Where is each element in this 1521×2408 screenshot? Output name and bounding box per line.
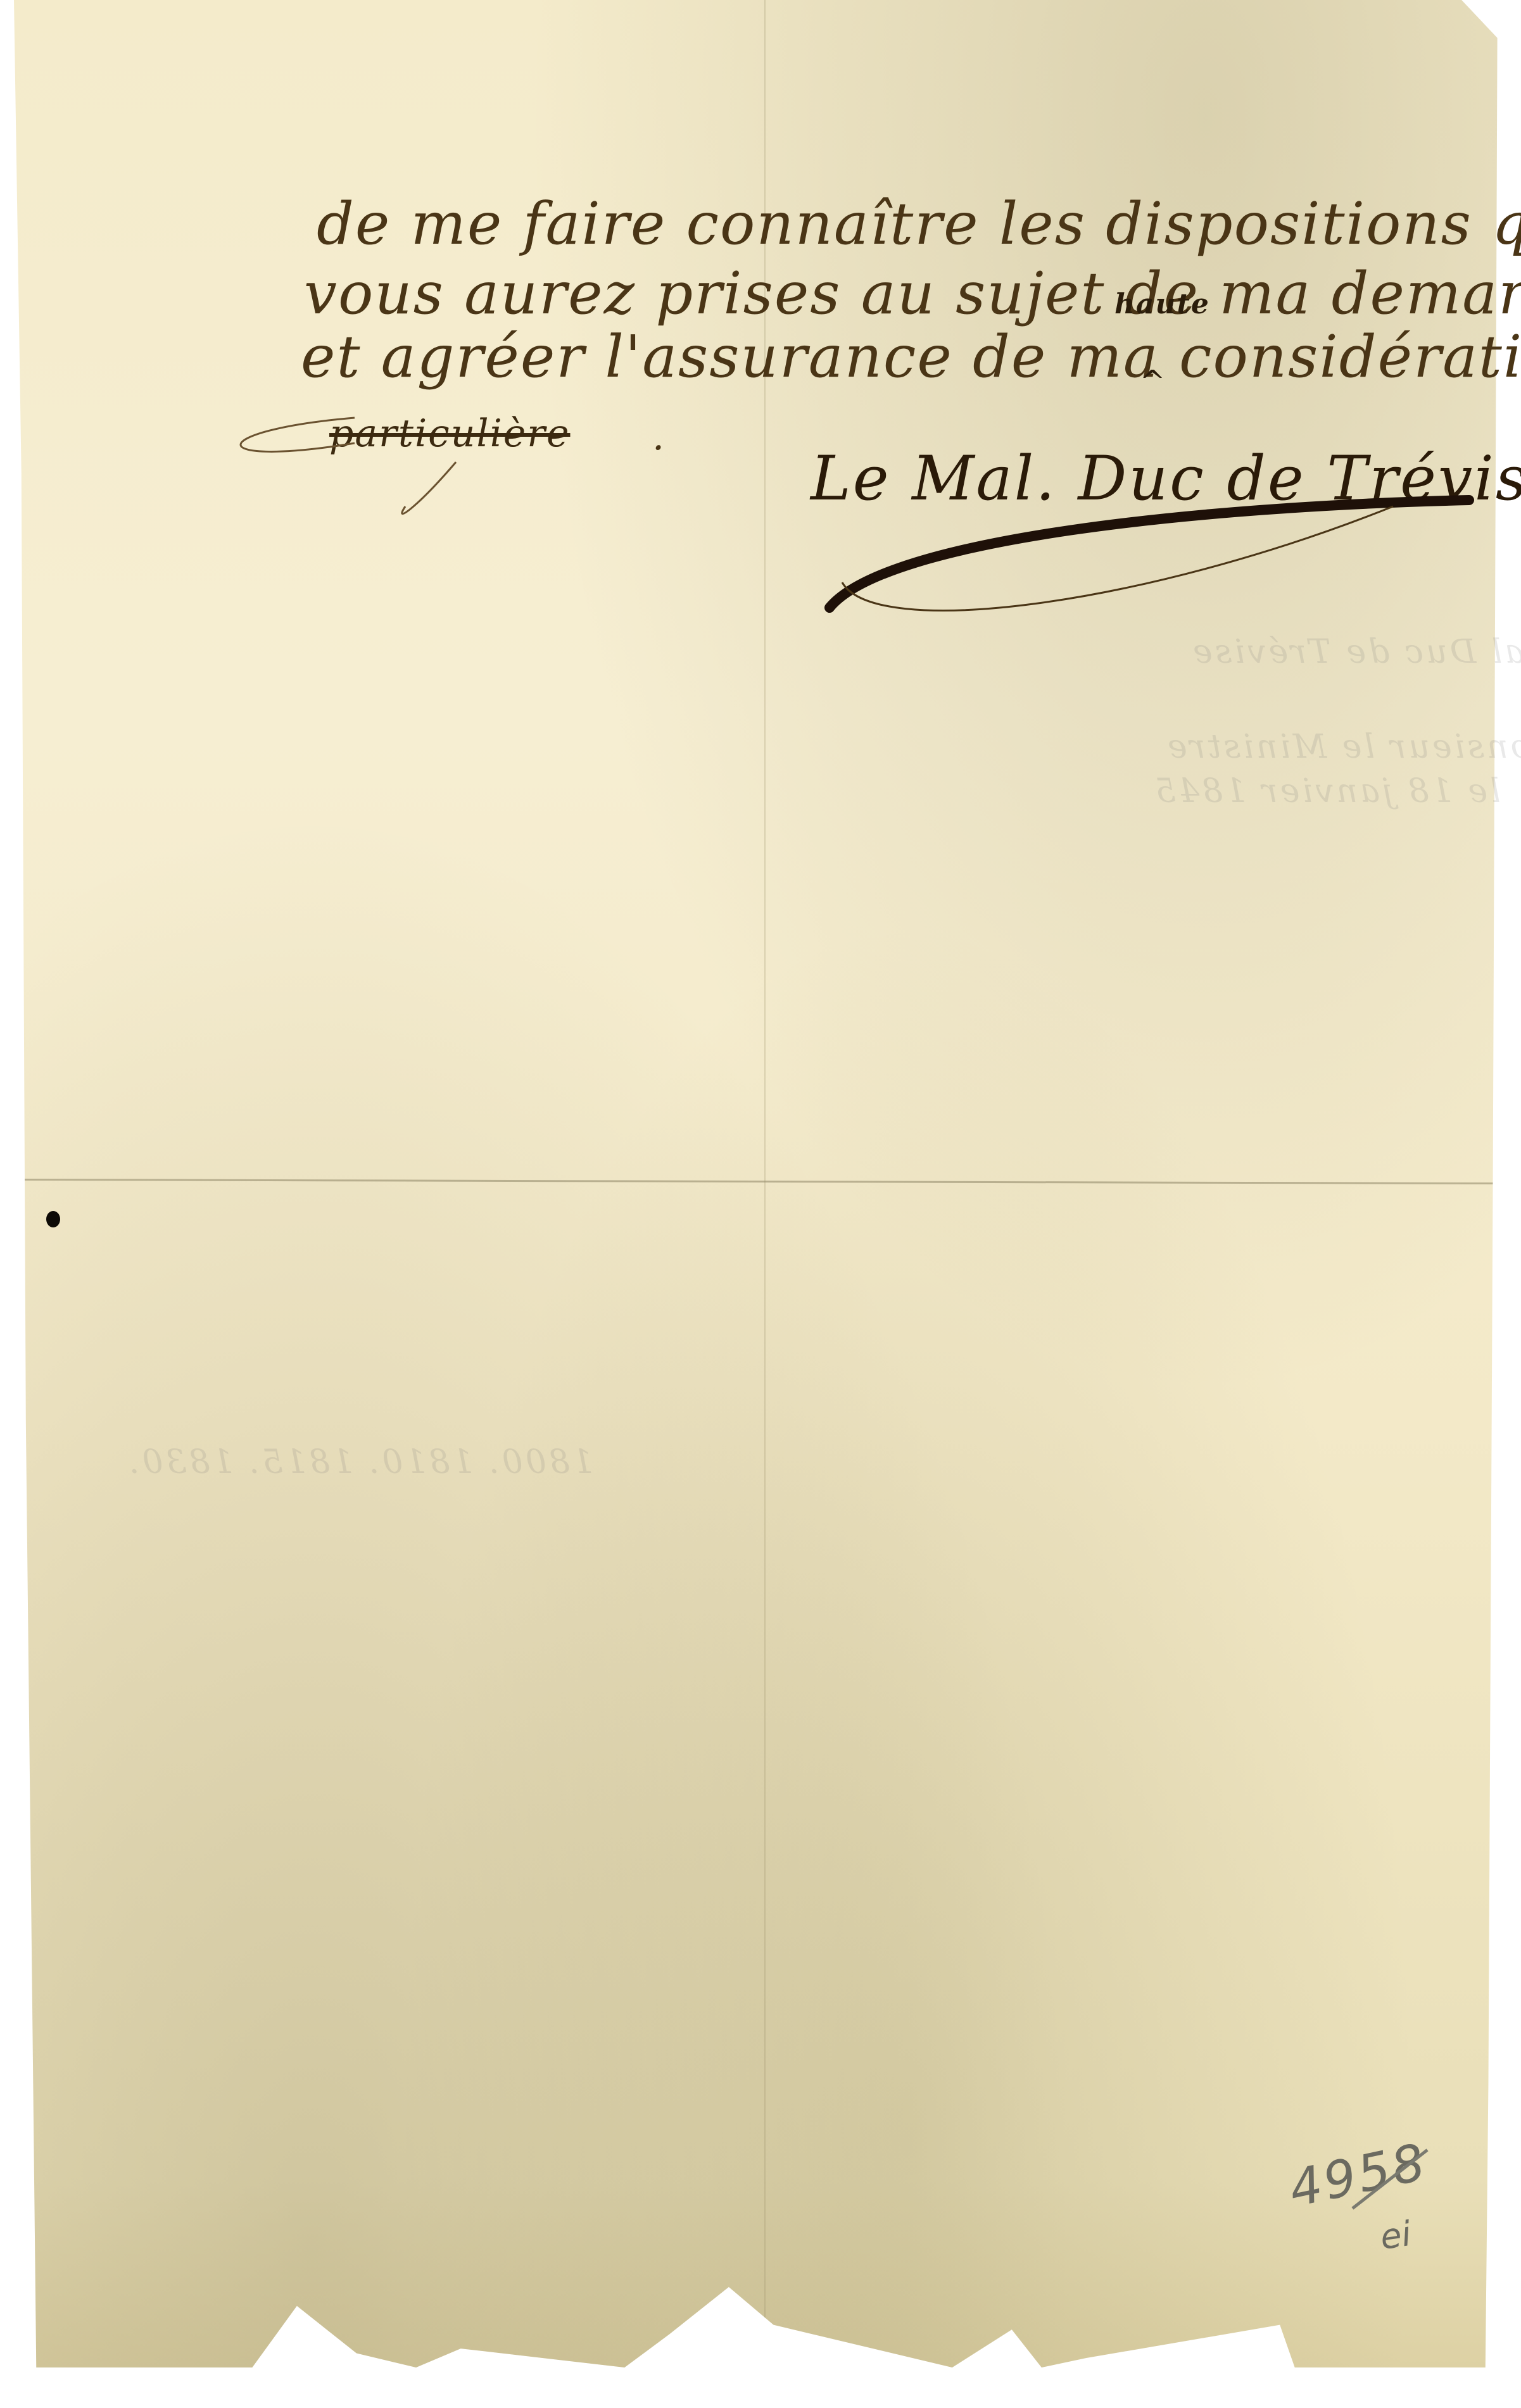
deletion-loop bbox=[241, 418, 355, 451]
signature-paraph-stroke bbox=[830, 500, 1469, 608]
pen-flourishes bbox=[0, 0, 1521, 2408]
ink-blot bbox=[46, 1211, 60, 1227]
archive-subscript-annotation: ei bbox=[1378, 2214, 1414, 2257]
deletion-tail bbox=[402, 462, 456, 514]
